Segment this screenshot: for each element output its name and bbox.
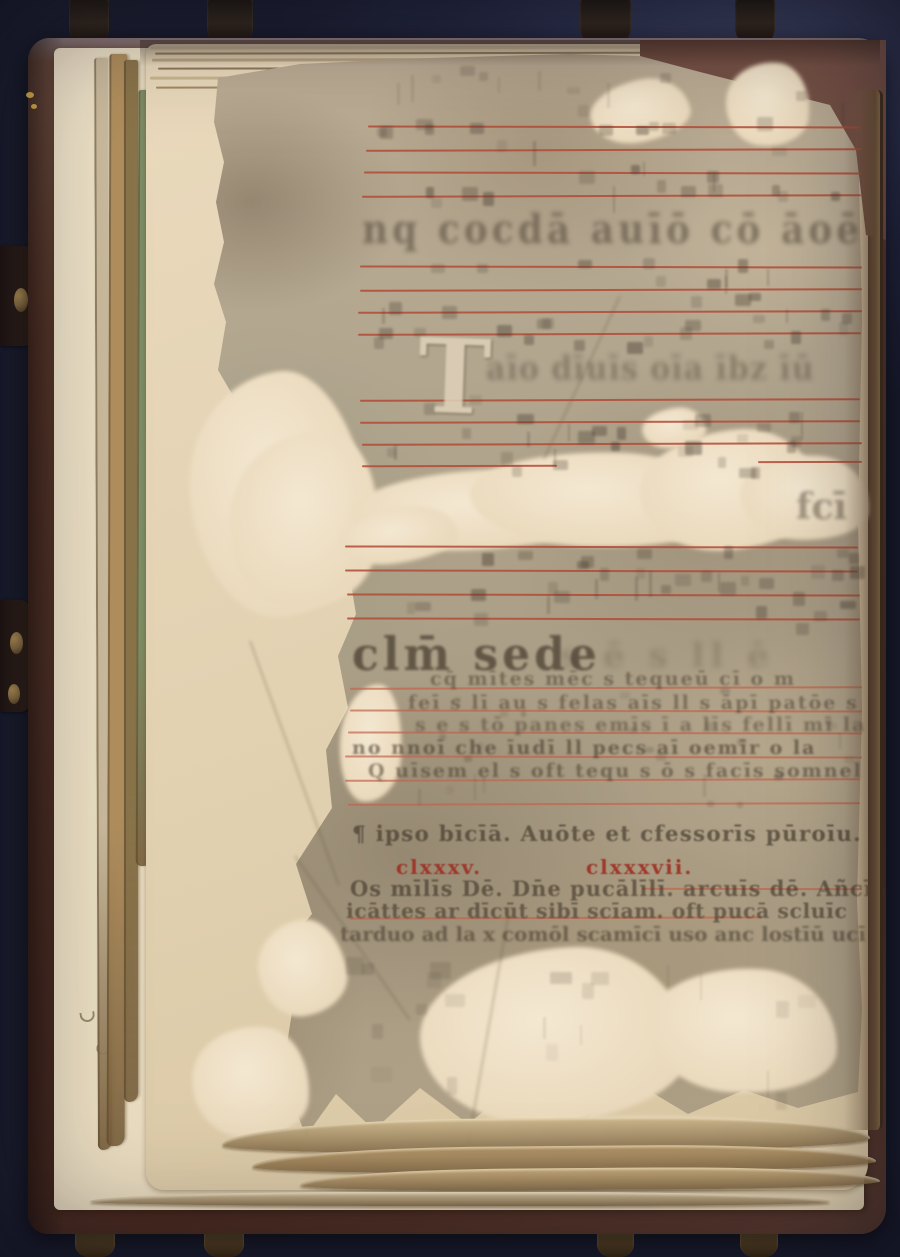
- vignette: [0, 0, 900, 1257]
- manuscript-photo: nq cocdā auīō cō āoē T aīo dīuīs oīa ībz…: [0, 0, 900, 1257]
